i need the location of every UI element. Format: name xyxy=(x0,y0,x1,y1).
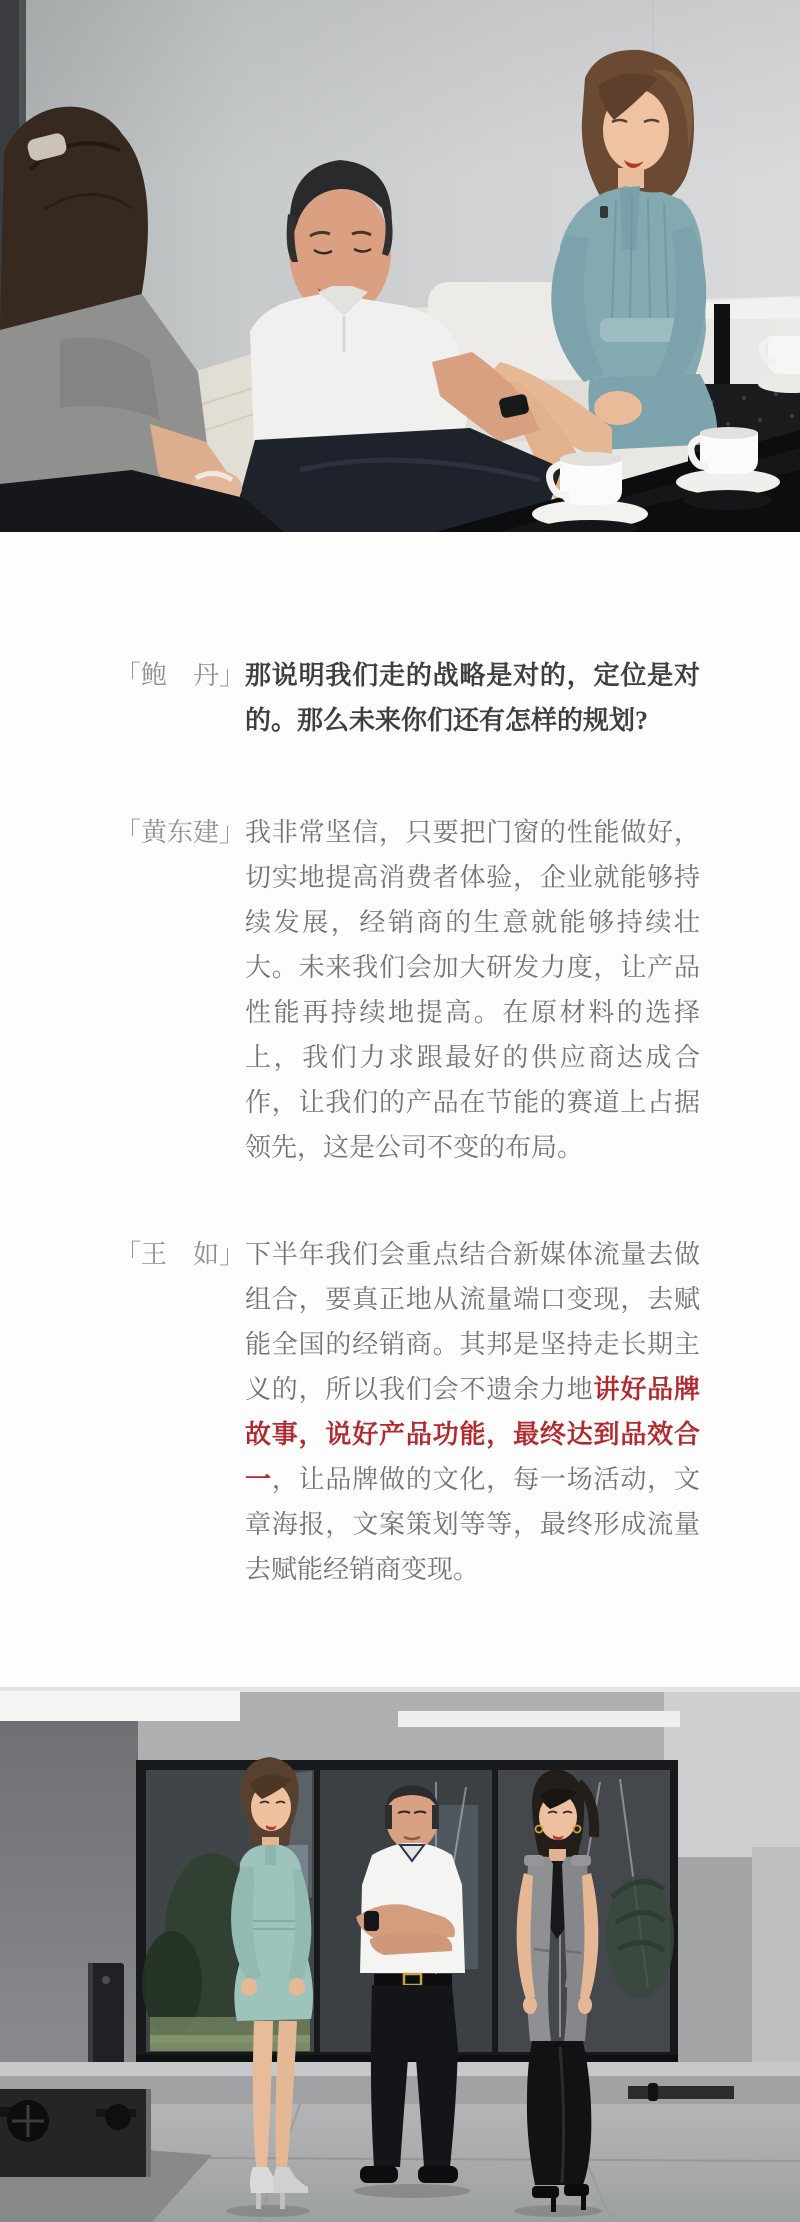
dialog-row-huang-dongjian: 「黄东建」 我非常坚信，只要把门窗的性能做好，切实地提高消费者体验，企业就能够持… xyxy=(115,810,800,1170)
speech-segment-plain-tail: ，让品牌做的文化，每一场活动，文章海报，文案策划等等，最终形成流量去赋能经销商变… xyxy=(245,1465,700,1584)
dialog-row-wang-ru: 「王 如」 下半年我们会重点结合新媒体流量去做组合，要真正地从流量端口变现，去赋… xyxy=(115,1232,800,1592)
woman-hands xyxy=(594,391,642,425)
lapel-microphone xyxy=(600,206,608,218)
white-fascia xyxy=(0,1691,240,1721)
right-woman-long-skirt xyxy=(527,2041,591,2185)
interview-dialog: 「鲍 丹」 那说明我们走的战略是对的，定位是对的。那么未来你们还有怎样的规划? … xyxy=(0,653,800,1592)
drain-recess xyxy=(628,2086,734,2099)
speaker-name-wang-ru: 「王 如」 xyxy=(115,1232,245,1592)
speaker-name-huang-dongjian: 「黄东建」 xyxy=(115,810,245,1170)
speaker-name-bao-dan: 「鲍 丹」 xyxy=(115,653,245,743)
article-page: 「鲍 丹」 那说明我们走的战略是对的，定位是对的。那么未来你们还有怎样的规划? … xyxy=(0,0,800,2222)
speech-bao-dan: 那说明我们走的战略是对的，定位是对的。那么未来你们还有怎样的规划? xyxy=(245,653,700,743)
bottom-photo-illustration xyxy=(0,1687,800,2222)
white-soffit xyxy=(398,1711,680,1727)
center-man-belt xyxy=(374,1974,452,1985)
top-photo-interview xyxy=(0,0,800,532)
bottom-photo-team xyxy=(0,1687,800,2222)
wall-speaker-box xyxy=(88,1963,124,2067)
speech-wang-ru: 下半年我们会重点结合新媒体流量去做组合，要真正地从流量端口变现，去赋能全国的经销… xyxy=(245,1232,700,1592)
dialog-row-bao-dan: 「鲍 丹」 那说明我们走的战略是对的，定位是对的。那么未来你们还有怎样的规划? xyxy=(115,653,800,743)
top-photo-illustration xyxy=(0,0,800,532)
center-man-watch xyxy=(364,1911,379,1931)
speech-huang-dongjian: 我非常坚信，只要把门窗的性能做好，切实地提高消费者体验，企业就能够持续发展，经销… xyxy=(245,810,700,1170)
